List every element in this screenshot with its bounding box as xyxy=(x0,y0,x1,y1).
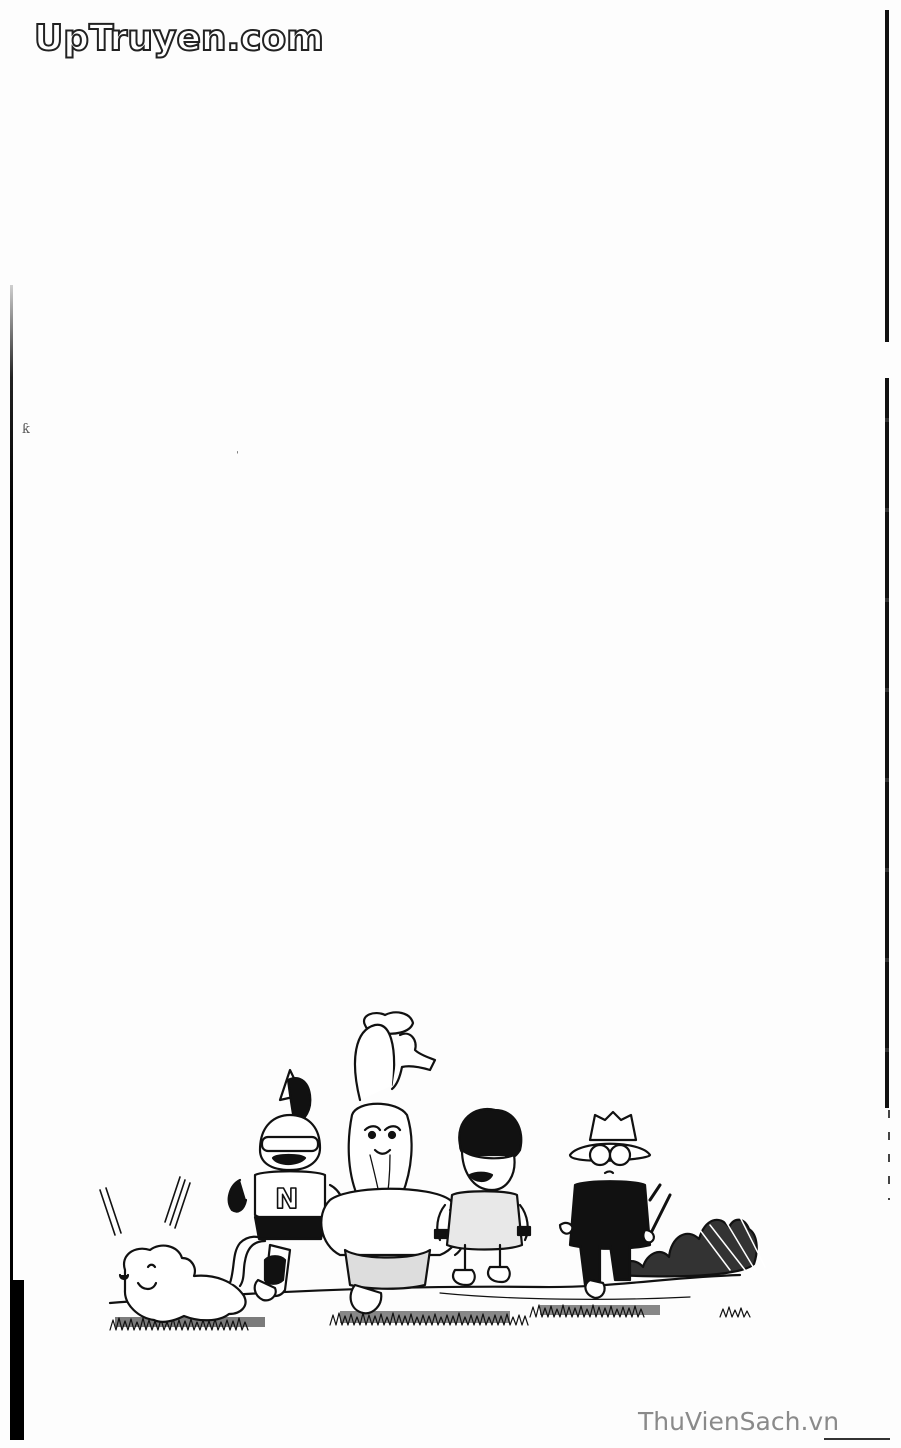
stray-ink-mark: ˌ xyxy=(236,444,239,455)
watermark-uptruyen: UpTruyen.com xyxy=(34,18,324,59)
panel-border-left xyxy=(10,285,13,1440)
manga-page: UpTruyen.com ƙ ˌ xyxy=(0,0,901,1448)
stray-ink-mark: ƙ xyxy=(22,422,30,437)
curly-haired-boy-character xyxy=(435,1109,530,1285)
helmet-kid-character: N xyxy=(229,1070,345,1300)
svg-text:N: N xyxy=(275,1182,298,1215)
watermark-underline xyxy=(824,1438,890,1440)
panel-border-right-mid xyxy=(885,378,889,1108)
dog-character xyxy=(120,1237,265,1322)
motion-lines-icon xyxy=(100,1177,190,1235)
panel-border-right-top xyxy=(885,10,889,342)
panel-border-right-dashed xyxy=(888,1110,890,1200)
walking-characters-illustration: N xyxy=(90,1005,790,1365)
tall-old-man-character xyxy=(321,1012,464,1313)
watermark-thuviensach: ThuVienSach.vn xyxy=(638,1407,839,1436)
panel-border-left-thick xyxy=(10,1280,24,1440)
